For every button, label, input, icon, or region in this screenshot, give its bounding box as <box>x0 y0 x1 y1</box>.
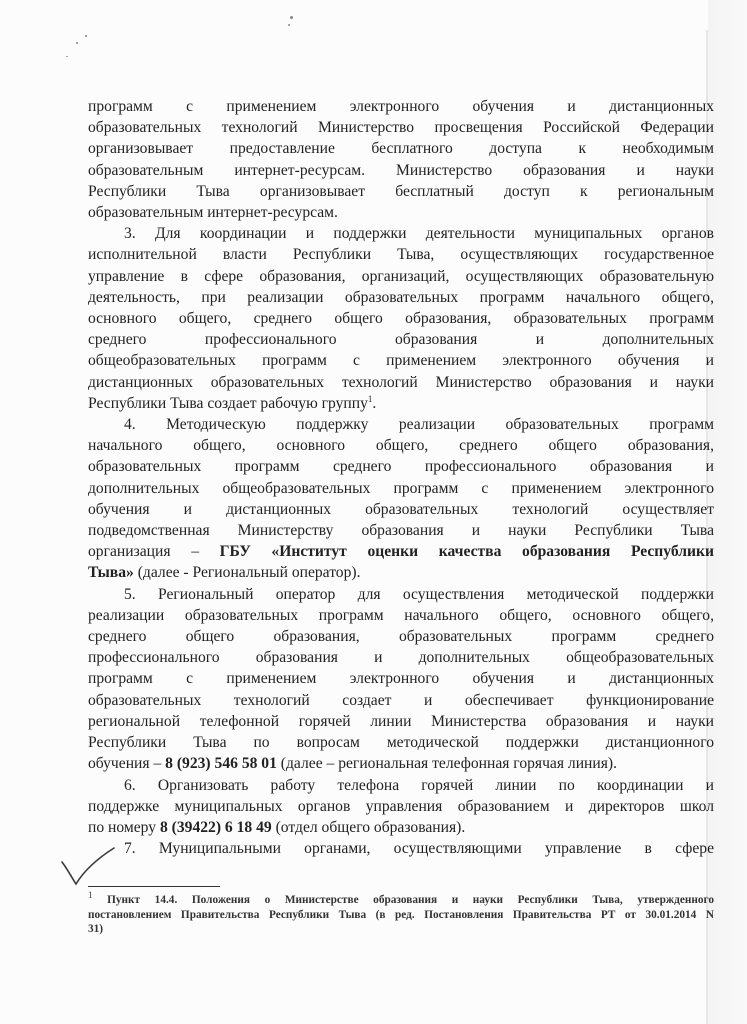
text-line: образовательных программ среднего профес… <box>88 456 714 477</box>
text-line: образовательным интернет-ресурсам. Минис… <box>88 160 714 181</box>
paragraph-item-6: 6. Организовать работу телефона горячей … <box>88 775 714 839</box>
footnote-marker: 1 <box>88 890 93 900</box>
text-line-content: (отдел общего образования). <box>272 819 466 836</box>
text-line: программ с применением электронного обуч… <box>88 668 714 689</box>
hotline-phone: 8 (923) 546 58 01 <box>165 755 277 772</box>
text-line: управление в сфере образования, организа… <box>88 266 714 287</box>
text-line: организовывает предоставление бесплатног… <box>88 138 714 159</box>
text-line: 5. Региональный оператор для осуществлен… <box>88 584 714 605</box>
paragraph-item-7: 7. Муниципальными органами, осуществляющ… <box>88 838 714 859</box>
scan-speck <box>76 42 78 44</box>
paragraph-item-4: 4. Методическую поддержку реализации обр… <box>88 414 714 584</box>
text-line: обучения и дистанционных образовательных… <box>88 499 714 520</box>
scan-speck <box>288 24 290 26</box>
organization-name: ГБУ «Институт оценки качества образовани… <box>220 543 714 560</box>
text-line: региональной телефонной горячей линии Ми… <box>88 711 714 732</box>
text-line-content: обучения – <box>88 755 165 772</box>
text-line: Тыва» (далее - Региональный оператор). <box>88 562 714 583</box>
organization-name-end: Тыва» <box>88 564 134 581</box>
text-line: 4. Методическую поддержку реализации обр… <box>88 414 714 435</box>
footnote-separator <box>88 886 220 887</box>
footnote-line: 1 Пункт 14.4. Положения о Министерстве о… <box>88 893 714 908</box>
text-line: Республики Тыва организовывает бесплатны… <box>88 181 714 202</box>
text-line: дополнительных общеобразовательных прогр… <box>88 478 714 499</box>
text-line: 6. Организовать работу телефона горячей … <box>88 775 714 796</box>
text-line: поддержке муниципальных органов управлен… <box>88 796 714 817</box>
text-line: образовательных технологий создает и обе… <box>88 690 714 711</box>
text-line: Республики Тыва по вопросам методической… <box>88 732 714 753</box>
text-line-content: (далее - Региональный оператор). <box>134 564 361 581</box>
text-line: программ с применением электронного обуч… <box>88 96 714 117</box>
paragraph-item-3: 3. Для координации и поддержки деятельно… <box>88 223 714 414</box>
text-line: обучения – 8 (923) 546 58 01 (далее – ре… <box>88 753 714 774</box>
text-line: среднего профессионального образования и… <box>88 329 714 350</box>
text-line-content: Республики Тыва создает рабочую группу <box>88 395 368 412</box>
paragraph-continuation: программ с применением электронного обуч… <box>88 96 714 223</box>
scan-speck <box>290 16 293 19</box>
footnote-line: 31) <box>88 922 714 937</box>
text-line: 3. Для координации и поддержки деятельно… <box>88 223 714 244</box>
text-line: Республики Тыва создает рабочую группу1. <box>88 393 714 414</box>
text-line: подведомственная Министерству образовани… <box>88 520 714 541</box>
text-line: начального общего, основного общего, сре… <box>88 435 714 456</box>
text-line: образовательным интернет-ресурсам. <box>88 202 714 223</box>
text-line: профессионального образования и дополнит… <box>88 647 714 668</box>
text-line: 7. Муниципальными органами, осуществляющ… <box>88 838 714 859</box>
scan-speck <box>66 56 68 57</box>
text-line-content: (далее – региональная телефонная горячая… <box>277 755 617 772</box>
text-line: по номеру 8 (39422) 6 18 49 (отдел общег… <box>88 817 714 838</box>
text-line: деятельность, при реализации образовател… <box>88 287 714 308</box>
text-line: дистанционных образовательных технологий… <box>88 372 714 393</box>
footnote-line: постановлением Правительства Республики … <box>88 908 714 923</box>
text-line: организация – ГБУ «Институт оценки качес… <box>88 541 714 562</box>
text-line: реализации образовательных программ нача… <box>88 605 714 626</box>
text-line: общеобразовательных программ с применени… <box>88 350 714 371</box>
footnote: 1 Пункт 14.4. Положения о Министерстве о… <box>88 893 714 937</box>
text-line-content: по номеру <box>88 819 160 836</box>
handwritten-checkmark-icon <box>56 840 116 890</box>
text-line: основного общего, среднего общего образо… <box>88 308 714 329</box>
department-phone: 8 (39422) 6 18 49 <box>160 819 272 836</box>
document-body: программ с применением электронного обуч… <box>88 96 714 859</box>
text-line: образовательных технологий Министерство … <box>88 117 714 138</box>
scan-speck <box>85 35 87 37</box>
footnote-ref[interactable]: 1 <box>368 394 373 404</box>
text-line: среднего общего образования, образовател… <box>88 626 714 647</box>
text-line: исполнительной власти Республики Тыва, о… <box>88 244 714 265</box>
footnote-text: Пункт 14.4. Положения о Министерстве обр… <box>107 894 714 906</box>
paragraph-item-5: 5. Региональный оператор для осуществлен… <box>88 584 714 775</box>
text-line-content: организация – <box>88 543 220 560</box>
scanned-page: программ с применением электронного обуч… <box>0 0 747 1024</box>
